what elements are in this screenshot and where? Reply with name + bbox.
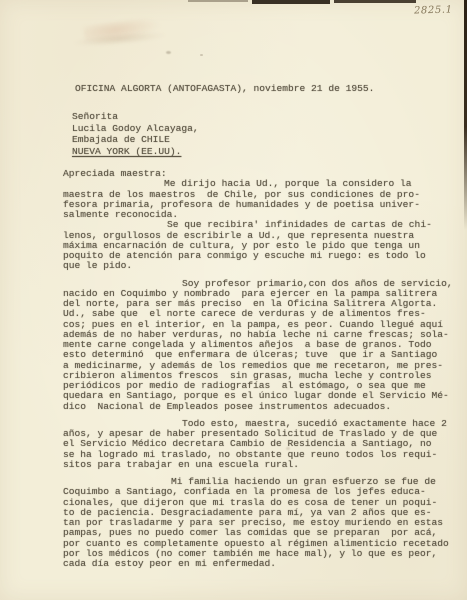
recipient-line: Señorita: [72, 111, 199, 123]
dateline: OFICINA ALGORTA (ANTOFAGASTA), noviembre…: [75, 83, 374, 94]
scan-edge-artifact-top: [252, 0, 330, 4]
letter-line: esto determinó que enfermara de úlceras;…: [63, 350, 461, 360]
letter-line: Coquimbo a Santiago, confiada en la prom…: [63, 487, 461, 497]
letter-line: sitos para trabajar en una escuela rural…: [63, 460, 461, 470]
letter-line: el Servicio Médico decretara Cambio de R…: [63, 439, 461, 449]
letter-line: cada día estoy peor en mi enfermedad.: [63, 559, 461, 569]
scan-edge-artifact-top: [188, 0, 248, 2]
recipient-line: NUEVA YORK (EE.UU).: [72, 146, 199, 158]
paper-speck: [200, 54, 203, 56]
letter-line: dico Nacional de Empleados posee instrum…: [63, 402, 461, 412]
letter-paragraph: Soy profesor primario,con dos años de se…: [63, 279, 461, 412]
paper-speck: [166, 51, 171, 54]
letter-paragraph: Todo esto, maestra, sucedió exactamente …: [63, 419, 461, 470]
scan-edge-artifact-top: [334, 0, 416, 3]
recipient-line: Embajada de CHILE: [72, 134, 199, 146]
letter-body: Apreciada maestra: Me dirijo hacia Ud., …: [63, 169, 461, 569]
letter-line: Ud., sabe que el norte carece de verdura…: [63, 309, 461, 319]
letter-line: Se que recibira' infinidades de cartas d…: [63, 220, 461, 230]
recipient-block: SeñoritaLucila Godoy Alcayaga,Embajada d…: [72, 111, 199, 157]
archive-number: 2825.1: [414, 4, 453, 16]
letter-paragraph: Mi familia haciendo un gran esfuerzo se …: [63, 477, 461, 569]
letter-paragraph: Me dirijo hacia Ud., porque la considero…: [63, 179, 461, 220]
letter-page: 2825.1 OFICINA ALGORTA (ANTOFAGASTA), no…: [0, 0, 467, 600]
recipient-line: Lucila Godoy Alcayaga,: [72, 123, 199, 135]
letter-line: quedara en Santiago, porque es el único …: [63, 391, 461, 401]
letter-line: pampas, pues no puedo comer las comidas …: [63, 528, 461, 538]
letter-line: que le pido.: [63, 261, 461, 271]
letter-paragraph: Se que recibira' infinidades de cartas d…: [63, 220, 461, 271]
letter-line: Me dirijo hacia Ud., porque la considero…: [63, 179, 461, 189]
